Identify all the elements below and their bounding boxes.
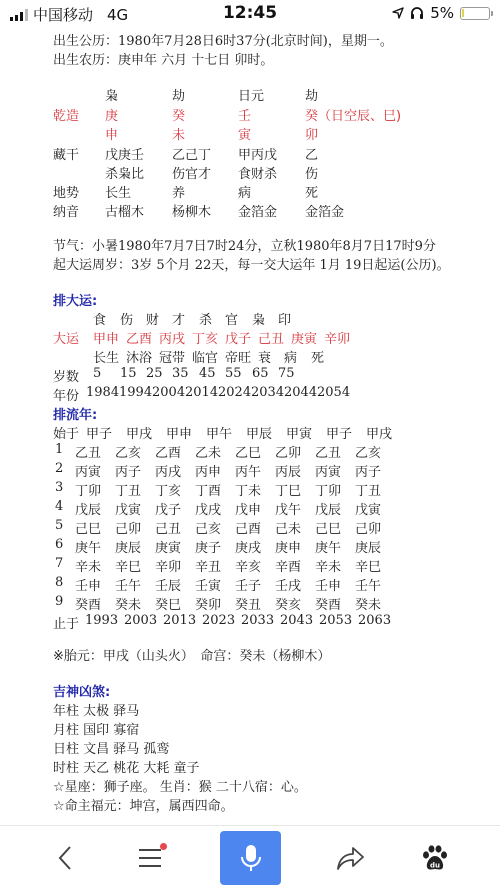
liunian-cell: 戊子 (155, 499, 181, 518)
liunian-cell: 庚午 (75, 537, 101, 556)
microphone-icon (240, 843, 262, 873)
liunian-cell: 辛丑 (195, 556, 221, 575)
dayun-changsheng: 死 (311, 347, 324, 366)
liunian-cell: 癸未 (355, 594, 381, 613)
liunian-end-year: 2063 (358, 613, 391, 628)
liunian-start-cell: 甲子 (86, 423, 112, 442)
liunian-cell: 辛亥 (235, 556, 261, 575)
dayun-pillar: 丙戌 (159, 328, 185, 347)
liunian-end-label: 止于 (53, 613, 79, 632)
kongwang-note: （日空辰、巳) (318, 105, 401, 124)
liunian-cell: 辛卯 (155, 556, 181, 575)
liunian-cell: 壬戌 (275, 575, 301, 594)
canggan-shishen-month: 伤官才 (172, 163, 211, 182)
liunian-cell: 乙亥 (115, 442, 141, 461)
dayun-pillar: 丁亥 (192, 328, 218, 347)
liunian-cell: 己巳 (315, 518, 341, 537)
liunian-row-number: 7 (55, 556, 63, 571)
liunian-start-label: 始于 (53, 423, 79, 442)
dayun-shishen: 才 (172, 309, 185, 328)
dayun-pillar: 乙酉 (126, 328, 152, 347)
canggan-shishen-day: 食财杀 (238, 163, 277, 182)
liunian-end-year: 2053 (319, 613, 352, 628)
liunian-cell: 庚辰 (115, 537, 141, 556)
liunian-cell: 壬申 (75, 575, 101, 594)
liunian-cell: 辛巳 (355, 556, 381, 575)
liunian-cell: 丙寅 (75, 461, 101, 480)
dayun-shishen: 伤 (120, 309, 133, 328)
liunian-cell: 丙戌 (155, 461, 181, 480)
liunian-cell: 庚辰 (355, 537, 381, 556)
liunian-cell: 庚子 (195, 537, 221, 556)
liunian-cell: 己巳 (75, 518, 101, 537)
qiyun-line: 起大运周岁：3岁 5个月 22天，每一交大运年 1月 19日起运(公历)。 (53, 254, 450, 273)
baidu-paw-icon: du (421, 844, 449, 872)
liunian-cell: 己卯 (355, 518, 381, 537)
liunian-cell: 癸巳 (155, 594, 181, 613)
canggan-day: 甲丙戊 (238, 144, 277, 163)
dayun-shishen: 财 (146, 309, 159, 328)
birth-lunar: 出生农历：庚申年 六月 十七日 卯时。 (53, 49, 273, 68)
liunian-row-number: 4 (55, 499, 63, 514)
liunian-cell: 丁丑 (355, 480, 381, 499)
dayun-year: 1994 (119, 385, 152, 400)
stem-month: 癸 (172, 105, 185, 124)
liunian-start-cell: 甲申 (166, 423, 192, 442)
liunian-cell: 庚申 (275, 537, 301, 556)
dishi-month: 养 (172, 182, 185, 201)
liunian-cell: 丁卯 (315, 480, 341, 499)
dayun-changsheng: 衰 (258, 347, 271, 366)
liunian-row-number: 8 (55, 575, 63, 590)
birth-solar: 出生公历：1980年7月28日6时37分(北京时间)，星期一。 (53, 30, 393, 49)
liunian-cell: 戊辰 (75, 499, 101, 518)
stem-year: 庚 (105, 105, 118, 124)
dayun-changsheng: 沐浴 (126, 347, 152, 366)
dayun-shishen: 印 (278, 309, 291, 328)
svg-text:du: du (430, 862, 440, 870)
canggan-shishen-hour: 伤 (305, 163, 318, 182)
dishi-label: 地势 (53, 182, 79, 201)
liunian-start-cell: 甲寅 (286, 423, 312, 442)
share-button[interactable] (330, 826, 370, 889)
liunian-end-year: 2033 (241, 613, 274, 628)
liunian-cell: 丁亥 (155, 480, 181, 499)
liunian-cell: 乙酉 (155, 442, 181, 461)
liunian-cell: 丙申 (195, 461, 221, 480)
liunian-cell: 戊寅 (115, 499, 141, 518)
liunian-cell: 戊辰 (315, 499, 341, 518)
dayun-year: 2044 (284, 385, 317, 400)
shishen-year: 枭 (105, 85, 118, 104)
canggan-label: 藏干 (53, 144, 79, 163)
liunian-cell: 壬辰 (155, 575, 181, 594)
dayun-age: 35 (172, 366, 189, 381)
bottom-toolbar: du (0, 825, 500, 889)
liunian-cell: 丙午 (235, 461, 261, 480)
dayun-age: 25 (146, 366, 163, 381)
liunian-start-cell: 甲子 (326, 423, 352, 442)
stem-hour: 癸 (305, 105, 318, 124)
liunian-cell: 壬申 (315, 575, 341, 594)
year-label: 年份 (53, 385, 79, 404)
liunian-cell: 戊午 (275, 499, 301, 518)
liunian-cell: 辛未 (75, 556, 101, 575)
shishen-hour: 劫 (305, 85, 318, 104)
dayun-changsheng: 长生 (93, 347, 119, 366)
dayun-shishen: 官 (225, 309, 238, 328)
dishi-year: 长生 (105, 182, 131, 201)
dayun-age: 5 (93, 366, 101, 381)
shensha-hour: 时柱 天乙 桃花 大耗 童子 (53, 757, 200, 776)
liunian-row-number: 9 (55, 594, 63, 609)
liunian-cell: 丙寅 (315, 461, 341, 480)
liunian-cell: 壬午 (115, 575, 141, 594)
liunian-cell: 丁未 (235, 480, 261, 499)
liunian-row-number: 6 (55, 537, 63, 552)
liunian-start-cell: 甲戌 (366, 423, 392, 442)
dishi-hour: 死 (305, 182, 318, 201)
dayun-year: 1984 (86, 385, 119, 400)
dayun-age: 55 (225, 366, 242, 381)
liunian-heading: 排流年: (53, 404, 97, 423)
back-button[interactable] (45, 826, 85, 889)
liunian-cell: 癸未 (115, 594, 141, 613)
dayun-heading: 排大运: (53, 290, 97, 309)
liunian-end-year: 2023 (202, 613, 235, 628)
dayun-changsheng: 临官 (192, 347, 218, 366)
chevron-left-icon (56, 845, 74, 871)
liunian-cell: 戊寅 (355, 499, 381, 518)
liunian-cell: 癸亥 (275, 594, 301, 613)
canggan-year: 戊庚壬 (105, 144, 144, 163)
liunian-cell: 乙卯 (275, 442, 301, 461)
liunian-cell: 乙丑 (75, 442, 101, 461)
share-arrow-icon (335, 845, 365, 871)
liunian-cell: 丁丑 (115, 480, 141, 499)
dayun-age: 45 (199, 366, 216, 381)
liunian-cell: 乙丑 (315, 442, 341, 461)
liunian-row-number: 3 (55, 480, 63, 495)
headphones-icon (410, 6, 424, 20)
liunian-cell: 辛未 (315, 556, 341, 575)
dayun-year: 2054 (317, 385, 350, 400)
liunian-cell: 己卯 (115, 518, 141, 537)
location-arrow-icon (392, 7, 404, 19)
liunian-end-year: 2043 (280, 613, 313, 628)
notification-dot (160, 843, 167, 850)
liunian-cell: 丙子 (115, 461, 141, 480)
shishen-day: 日元 (238, 85, 264, 104)
taiyuan-minggong: ※胎元：甲戌（山头火） 命宫：癸未（杨柳木） (53, 645, 330, 664)
branch-day: 寅 (238, 124, 251, 143)
age-label: 岁数 (53, 366, 79, 385)
menu-button[interactable] (130, 826, 170, 889)
liunian-cell: 己未 (275, 518, 301, 537)
liunian-cell: 庚寅 (155, 537, 181, 556)
dayun-age: 75 (278, 366, 295, 381)
dayun-shishen: 杀 (199, 309, 212, 328)
liunian-cell: 戊戌 (195, 499, 221, 518)
dayun-pillar: 庚寅 (291, 328, 317, 347)
stem-day: 壬 (238, 105, 251, 124)
nayin-hour: 金箔金 (305, 201, 344, 220)
liunian-cell: 乙亥 (355, 442, 381, 461)
liunian-cell: 庚戌 (235, 537, 261, 556)
canggan-hour: 乙 (305, 144, 318, 163)
xingzuo-line: ☆星座：狮子座。 生肖：猴 二十八宿：心。 (53, 776, 307, 795)
liunian-row-number: 5 (55, 518, 63, 533)
jieqi-line: 节气：小暑1980年7月7日7时24分，立秋1980年8月7日17时9分 (53, 235, 436, 254)
dayun-shishen: 食 (93, 309, 106, 328)
dayun-age: 15 (120, 366, 137, 381)
liunian-cell: 丁酉 (195, 480, 221, 499)
dayun-year: 2034 (251, 385, 284, 400)
menu-icon (137, 847, 163, 869)
liunian-cell: 壬寅 (195, 575, 221, 594)
nayin-month: 杨柳木 (172, 201, 211, 220)
shensha-month: 月柱 国印 寡宿 (53, 719, 139, 738)
canggan-month: 乙己丁 (172, 144, 211, 163)
dayun-label: 大运 (53, 328, 79, 347)
dayun-age: 65 (252, 366, 269, 381)
branch-hour: 卯 (305, 124, 318, 143)
shishen-month: 劫 (172, 85, 185, 104)
liunian-cell: 庚午 (315, 537, 341, 556)
liunian-cell: 己丑 (155, 518, 181, 537)
dayun-year: 2014 (185, 385, 218, 400)
liunian-cell: 己亥 (195, 518, 221, 537)
liunian-cell: 癸酉 (315, 594, 341, 613)
dayun-shishen: 枭 (252, 309, 265, 328)
minggong-line: ☆命主福元：坤宫，属西四命。 (53, 795, 234, 814)
liunian-cell: 戊申 (235, 499, 261, 518)
liunian-cell: 丙子 (355, 461, 381, 480)
baidu-home-button[interactable]: du (415, 826, 455, 889)
canggan-shishen-year: 杀枭比 (105, 163, 144, 182)
liunian-end-year: 2003 (124, 613, 157, 628)
liunian-cell: 癸丑 (235, 594, 261, 613)
voice-search-button[interactable] (220, 831, 281, 885)
nayin-year: 古榴木 (105, 201, 144, 220)
liunian-row-number: 2 (55, 461, 63, 476)
dayun-changsheng: 冠带 (159, 347, 185, 366)
liunian-end-year: 1993 (85, 613, 118, 628)
liunian-cell: 壬子 (235, 575, 261, 594)
shensha-year: 年柱 太极 驿马 (53, 700, 139, 719)
nayin-label: 纳音 (53, 201, 79, 220)
dishi-day: 病 (238, 182, 251, 201)
liunian-cell: 癸酉 (75, 594, 101, 613)
dayun-changsheng: 病 (284, 347, 297, 366)
liunian-start-cell: 甲午 (206, 423, 232, 442)
liunian-cell: 辛酉 (275, 556, 301, 575)
liunian-cell: 乙巳 (235, 442, 261, 461)
shensha-heading: 吉神凶煞: (53, 681, 110, 700)
dayun-pillar: 己丑 (258, 328, 284, 347)
liunian-start-cell: 甲戌 (126, 423, 152, 442)
shensha-day: 日柱 文昌 驿马 孤鸾 (53, 738, 169, 757)
liunian-cell: 丁卯 (75, 480, 101, 499)
liunian-cell: 辛巳 (115, 556, 141, 575)
battery-icon (460, 7, 490, 20)
liunian-start-cell: 甲辰 (246, 423, 272, 442)
liunian-cell: 丁巳 (275, 480, 301, 499)
branch-month: 未 (172, 124, 185, 143)
battery-percent: 5% (430, 4, 454, 22)
liunian-cell: 乙未 (195, 442, 221, 461)
liunian-row-number: 1 (55, 442, 63, 457)
dayun-year: 2024 (218, 385, 251, 400)
liunian-cell: 壬午 (355, 575, 381, 594)
liunian-cell: 丙辰 (275, 461, 301, 480)
liunian-cell: 己酉 (235, 518, 261, 537)
dayun-pillar: 甲申 (93, 328, 119, 347)
liunian-cell: 癸卯 (195, 594, 221, 613)
dayun-pillar: 戊子 (225, 328, 251, 347)
dayun-year: 2004 (152, 385, 185, 400)
qianzao-label: 乾造 (53, 105, 79, 124)
status-bar: 中国移动 4G 12:45 5% (0, 0, 500, 28)
liunian-end-year: 2013 (163, 613, 196, 628)
branch-year: 申 (105, 124, 118, 143)
dayun-pillar: 辛卯 (324, 328, 350, 347)
dayun-changsheng: 帝旺 (225, 347, 251, 366)
nayin-day: 金箔金 (238, 201, 277, 220)
